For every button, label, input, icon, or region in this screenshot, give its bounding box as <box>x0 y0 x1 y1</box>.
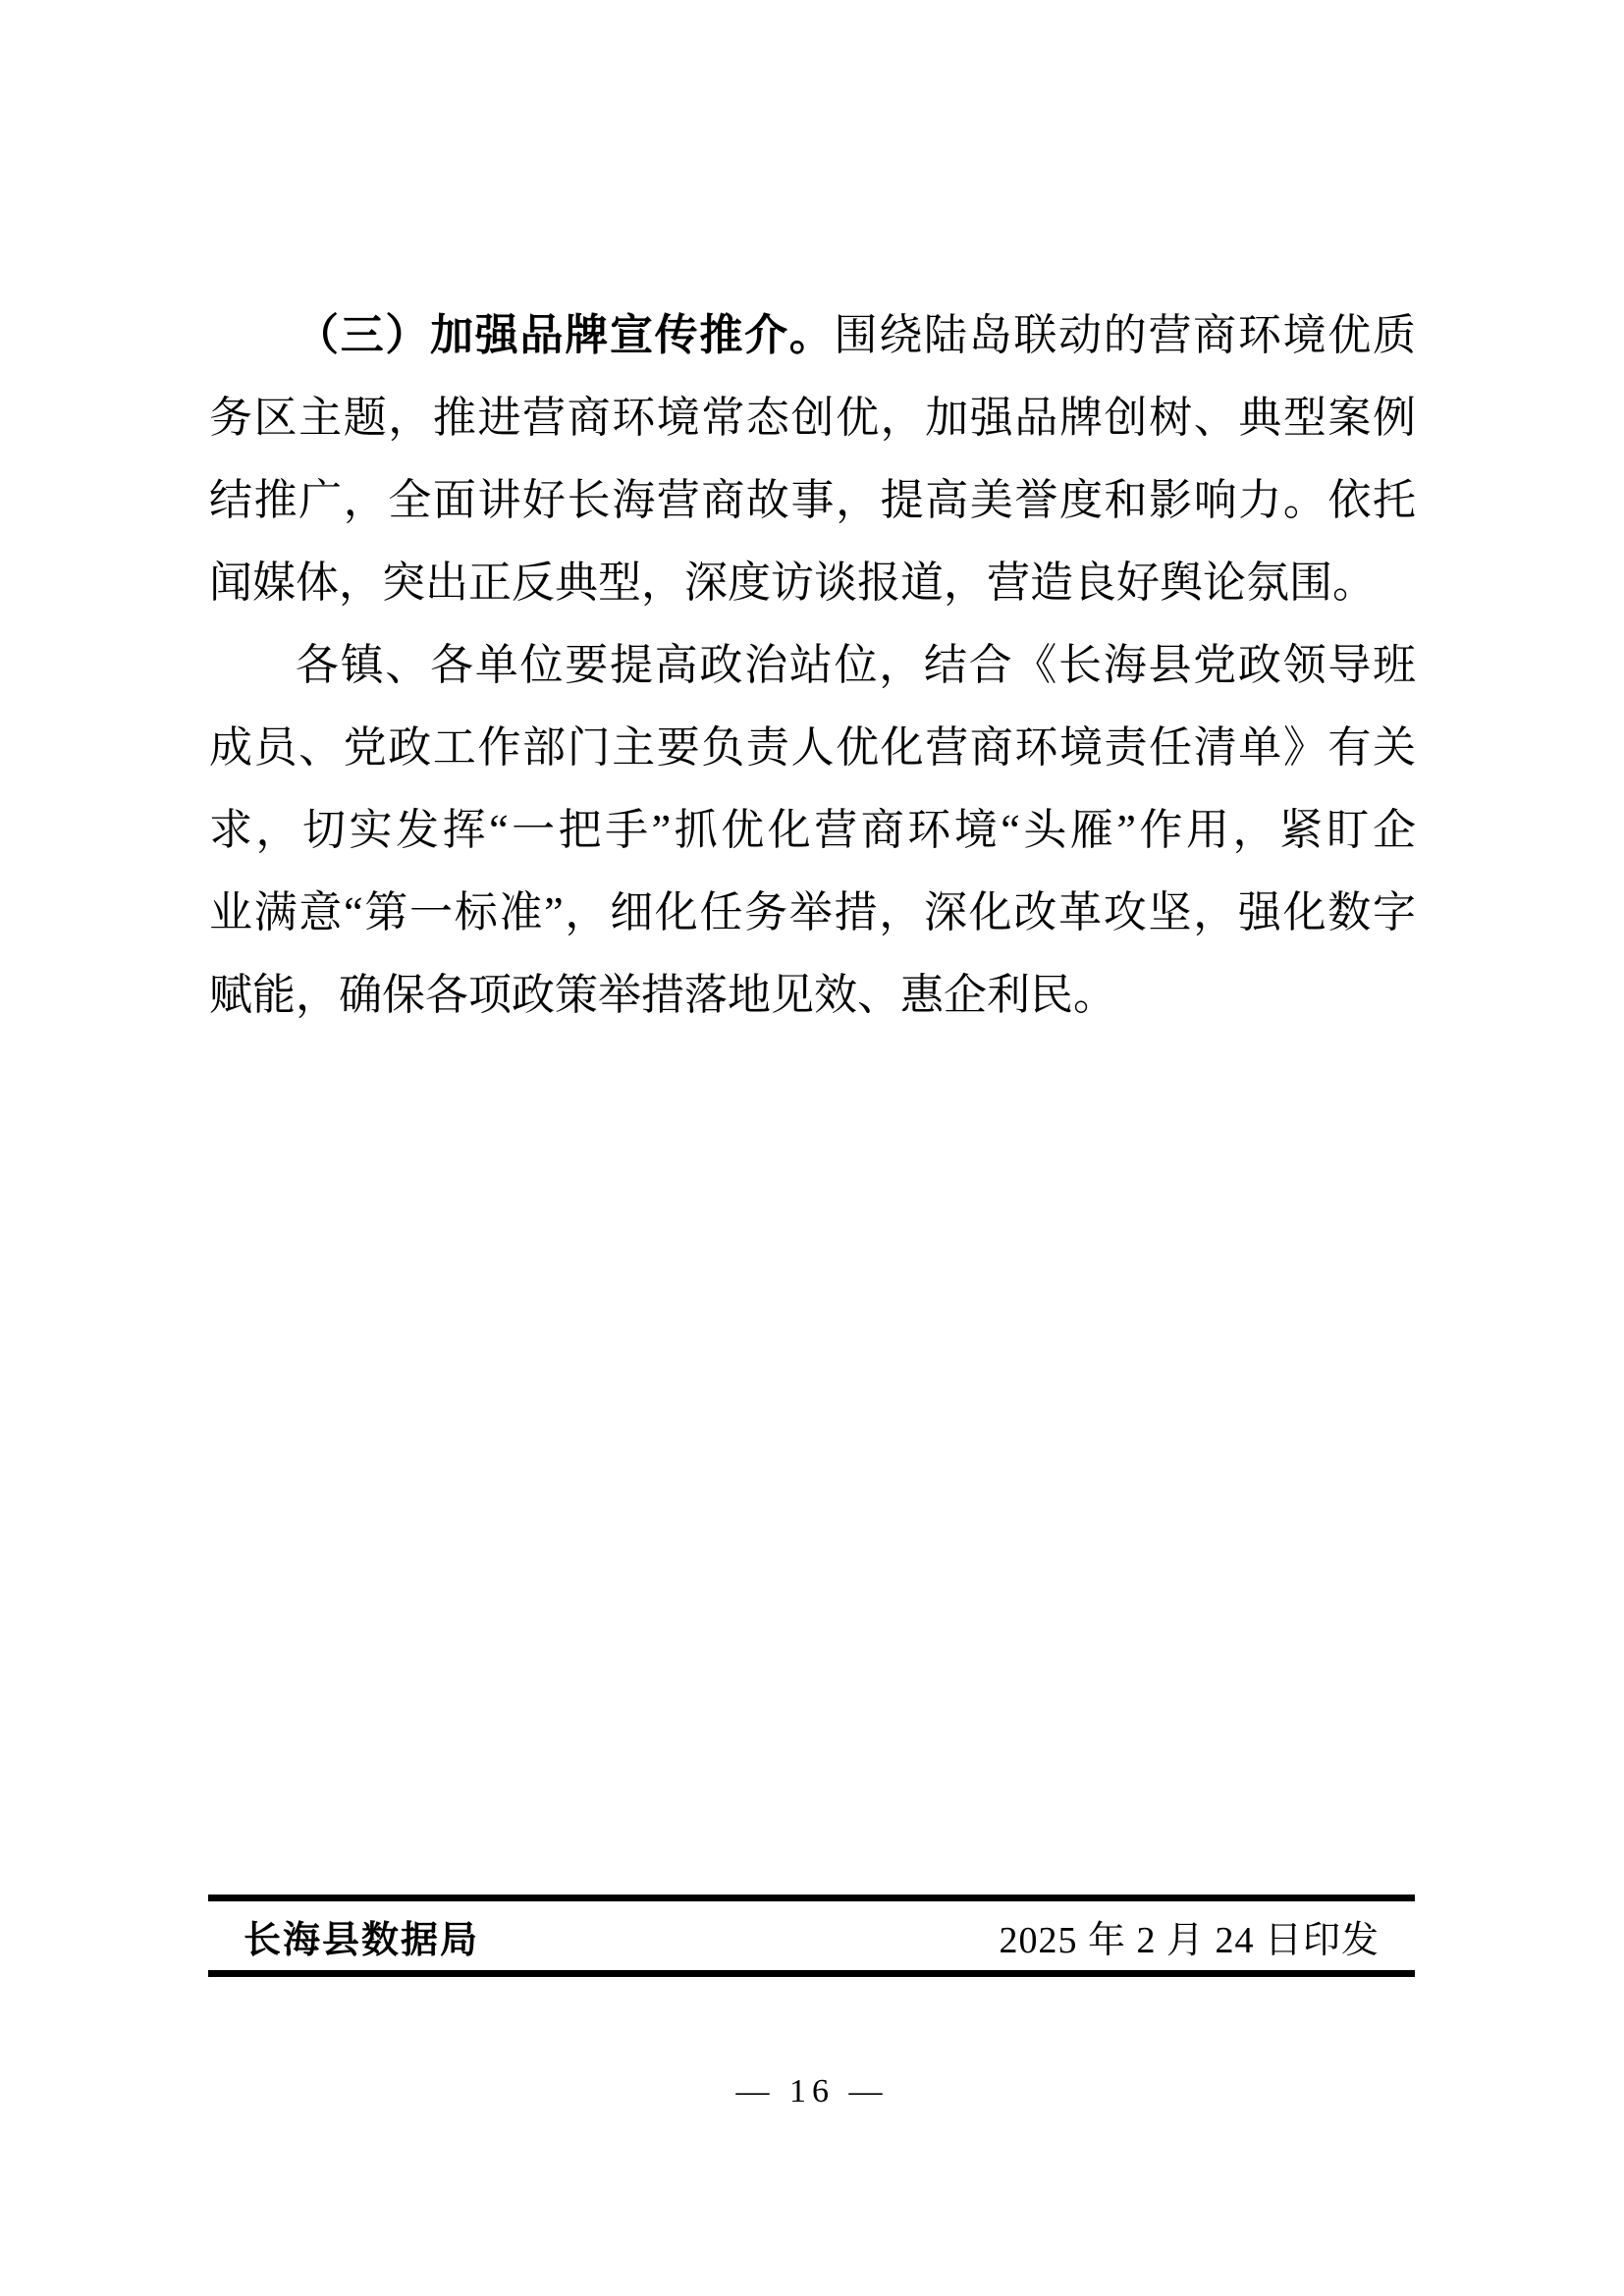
paragraph-2-line-3: 求，切实发挥“一把手”抓优化营商环境“头雁”作用，紧盯企 <box>209 789 1416 872</box>
paragraph-1-line-3: 结推广，全面讲好长海营商故事，提高美誉度和影响力。依托新 <box>209 459 1416 542</box>
paragraph-2-line-1: 各镇、各单位要提高政治站位，结合《长海县党政领导班子 <box>209 624 1416 707</box>
imprint-footer: 长海县数据局 2025 年 2 月 24 日印发 <box>208 1895 1415 1977</box>
document-page: （三）加强品牌宣传推介。围绕陆岛联动的营商环境优质服 务区主题，推进营商环境常态… <box>0 0 1624 2296</box>
paragraph-1-line-2: 务区主题，推进营商环境常态创优，加强品牌创树、典型案例总 <box>209 377 1416 459</box>
paragraph-1-line-1: （三）加强品牌宣传推介。围绕陆岛联动的营商环境优质服 <box>209 294 1416 377</box>
section-heading: （三）加强品牌宣传推介。 <box>296 311 835 359</box>
paragraph-1: （三）加强品牌宣传推介。围绕陆岛联动的营商环境优质服 务区主题，推进营商环境常态… <box>209 294 1416 624</box>
paragraph-2-line-5: 赋能，确保各项政策举措落地见效、惠企利民。 <box>209 954 1416 1037</box>
print-date: 2025 年 2 月 24 日印发 <box>999 1909 1380 1963</box>
issuing-agency: 长海县数据局 <box>244 1909 479 1963</box>
document-body: （三）加强品牌宣传推介。围绕陆岛联动的营商环境优质服 务区主题，推进营商环境常态… <box>209 294 1416 1037</box>
paragraph-1-line-4: 闻媒体，突出正反典型，深度访谈报道，营造良好舆论氛围。 <box>209 542 1416 624</box>
page-number: — 16 — <box>0 2073 1624 2110</box>
paragraph-2-line-2: 成员、党政工作部门主要负责人优化营商环境责任清单》有关要 <box>209 707 1416 789</box>
paragraph-2: 各镇、各单位要提高政治站位，结合《长海县党政领导班子 成员、党政工作部门主要负责… <box>209 624 1416 1037</box>
paragraph-2-line-4: 业满意“第一标准”，细化任务举措，深化改革攻坚，强化数字 <box>209 872 1416 954</box>
imprint-footer-row: 长海县数据局 2025 年 2 月 24 日印发 <box>208 1901 1415 1970</box>
